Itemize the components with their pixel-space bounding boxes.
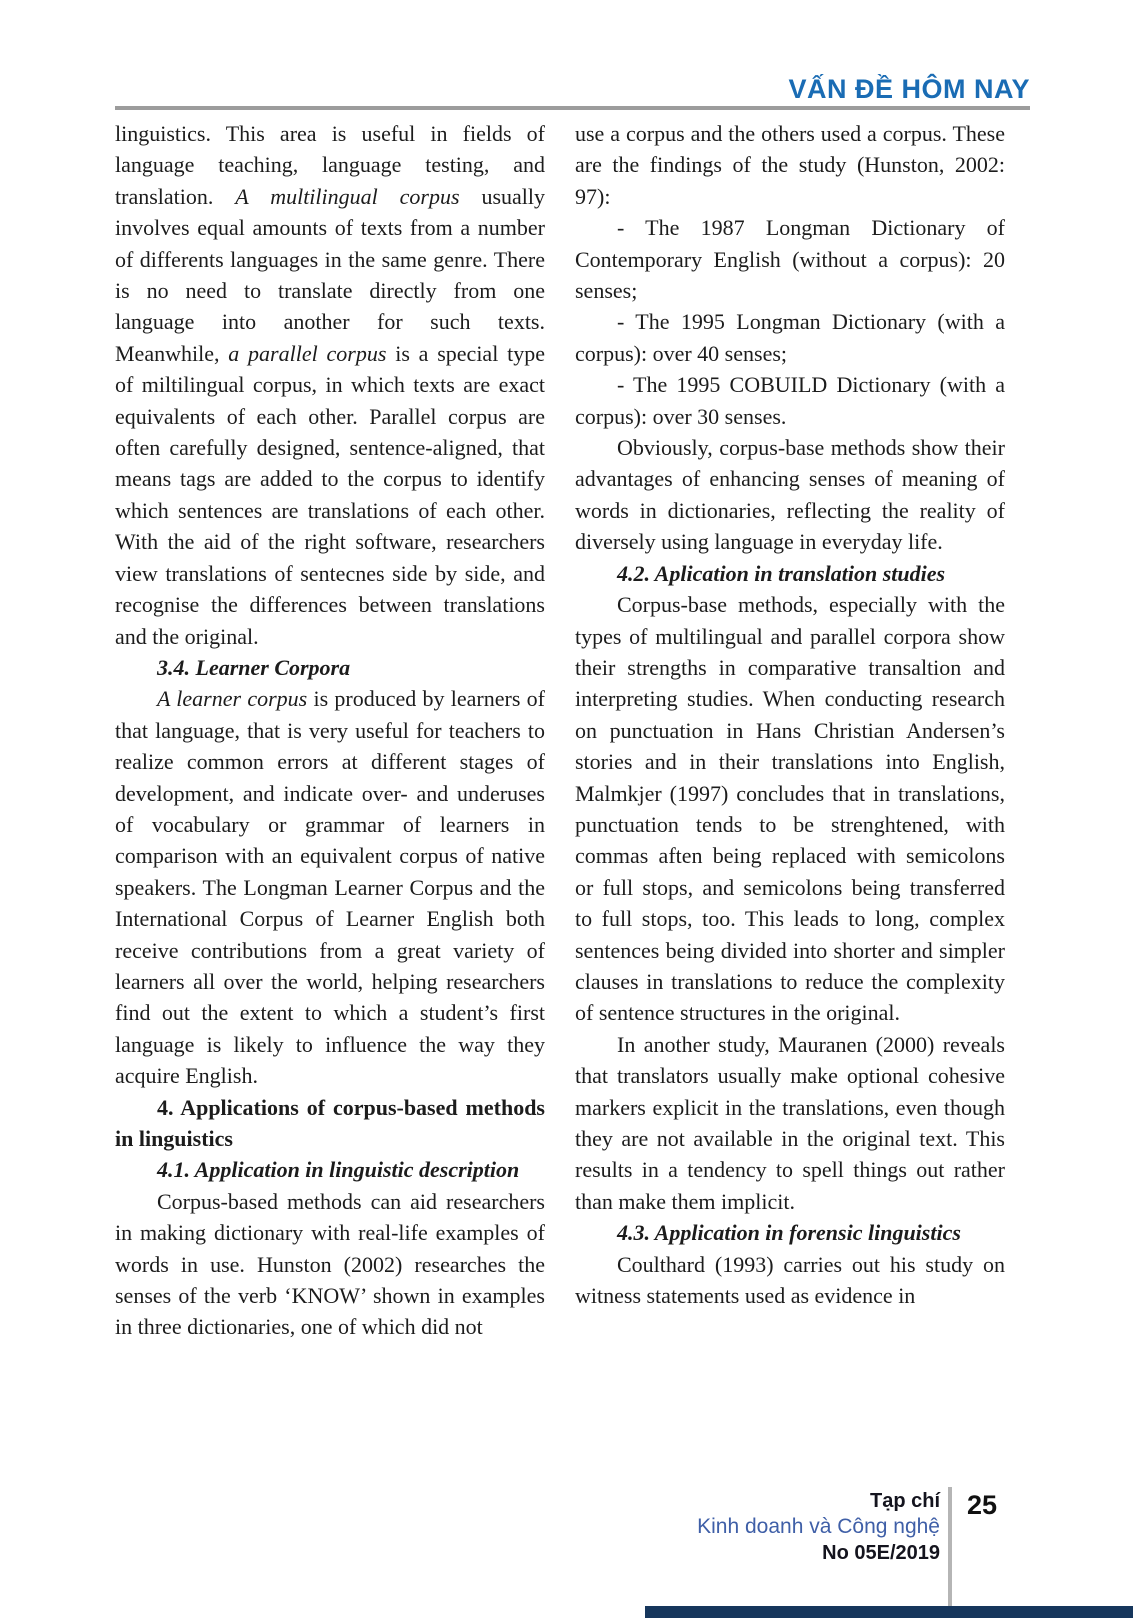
right-column: use a corpus and the others used a corpu… bbox=[575, 118, 1005, 1343]
section-heading-4-2: 4.2. Aplication in translation studies bbox=[575, 558, 1005, 589]
list-item: - The 1995 Longman Dictionary (with a co… bbox=[575, 306, 1005, 369]
footer-accent-bar bbox=[645, 1606, 1133, 1618]
section-heading-4: 4. Applications of corpus-based methods … bbox=[115, 1092, 545, 1155]
footer-journal-block: Tạp chí Kinh doanh và Công nghệ No 05E/2… bbox=[697, 1489, 940, 1566]
paragraph: In another study, Mauranen (2000) reveal… bbox=[575, 1029, 1005, 1217]
section-heading-3-4: 3.4. Learner Corpora bbox=[115, 652, 545, 683]
footer-vertical-divider bbox=[948, 1487, 952, 1618]
footer-journal-name: Kinh doanh và Công nghệ bbox=[697, 1514, 940, 1540]
paragraph-continued: use a corpus and the others used a corpu… bbox=[575, 118, 1005, 212]
paragraph: Corpus-based methods can aid researchers… bbox=[115, 1186, 545, 1343]
footer-issue-number: No 05E/2019 bbox=[697, 1540, 940, 1566]
journal-page: VẤN ĐỀ HÔM NAY linguistics. This area is… bbox=[0, 0, 1133, 1618]
list-item: - The 1995 COBUILD Dictionary (with a co… bbox=[575, 369, 1005, 432]
header-rule bbox=[115, 106, 1030, 110]
paragraph-continued: linguistics. This area is useful in fiel… bbox=[115, 118, 545, 652]
paragraph: Corpus-base methods, especially with the… bbox=[575, 589, 1005, 1029]
footer-journal-label: Tạp chí bbox=[697, 1489, 940, 1514]
page-header-title: VẤN ĐỀ HÔM NAY bbox=[788, 74, 1030, 105]
list-item: - The 1987 Longman Dictionary of Contemp… bbox=[575, 212, 1005, 306]
section-heading-4-3: 4.3. Application in forensic linguistics bbox=[575, 1217, 1005, 1248]
paragraph: Obviously, corpus-base methods show thei… bbox=[575, 432, 1005, 558]
paragraph: Coulthard (1993) carries out his study o… bbox=[575, 1249, 1005, 1312]
paragraph: A learner corpus is produced by learners… bbox=[115, 683, 545, 1091]
page-number: 25 bbox=[967, 1490, 997, 1521]
left-column: linguistics. This area is useful in fiel… bbox=[115, 118, 545, 1343]
section-heading-4-1: 4.1. Application in linguistic descripti… bbox=[115, 1154, 545, 1185]
article-body: linguistics. This area is useful in fiel… bbox=[115, 118, 1005, 1343]
